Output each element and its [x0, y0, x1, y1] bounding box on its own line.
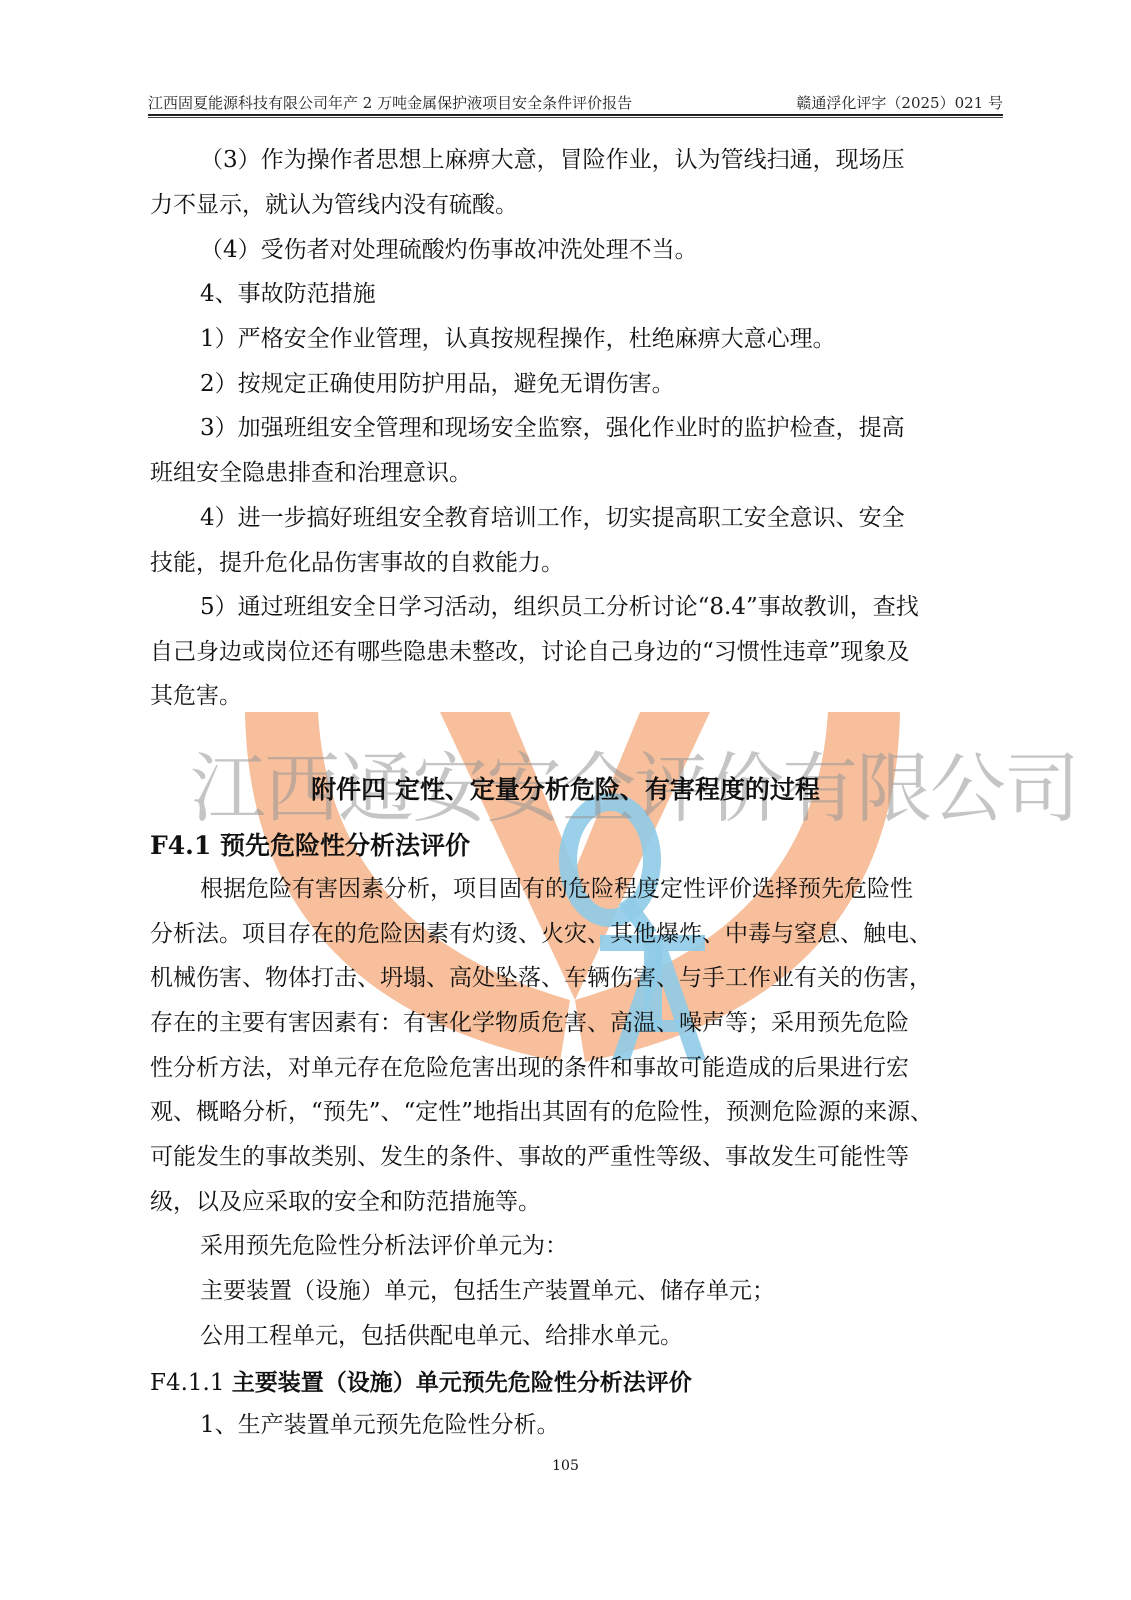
body-line: 1）严格安全作业管理，认真按规程操作，杜绝麻痹大意心理。: [200, 324, 836, 354]
section-line: 分析法。项目存在的危险因素有灼烫、火灾、其他爆炸、中毒与窒息、触电、: [150, 919, 932, 949]
body-line: 技能，提升危化品伤害事故的自救能力。: [150, 548, 564, 578]
page-header: 江西固夏能源科技有限公司年产 2 万吨金属保护液项目安全条件评价报告 赣通浮化评…: [148, 92, 1003, 116]
subsection-number: F4.1.1: [150, 1370, 224, 1396]
document-page: 江西通安安全评价有限公司 江西固夏能源科技有限公司年产 2 万吨金属保护液项目安…: [0, 0, 1131, 1600]
body-line: 5）通过班组安全日学习活动，组织员工分析讨论“8.4”事故教训，查找: [200, 592, 919, 622]
section-line: 性分析方法，对单元存在危险危害出现的条件和事故可能造成的后果进行宏: [150, 1053, 909, 1083]
body-line: 班组安全隐患排查和治理意识。: [150, 458, 472, 488]
section-line: 存在的主要有害因素有：有害化学物质危害、高温、噪声等；采用预先危险: [150, 1008, 909, 1038]
body-line: （3）作为操作者思想上麻痹大意，冒险作业，认为管线扫通，现场压: [200, 145, 905, 175]
document-number: 赣通浮化评字（2025）021 号: [796, 92, 1003, 113]
body-line: 4）进一步搞好班组安全教育培训工作，切实提高职工安全意识、安全: [200, 503, 905, 533]
body-line: 力不显示，就认为管线内没有硫酸。: [150, 190, 518, 220]
section-line: 公用工程单元，包括供配电单元、给排水单元。: [200, 1321, 683, 1351]
page-number: 105: [0, 1458, 1131, 1474]
body-line: 自己身边或岗位还有哪些隐患未整改，讨论自己身边的“习惯性违章”现象及: [150, 637, 910, 667]
body-line: 2）按规定正确使用防护用品，避免无谓伤害。: [200, 369, 675, 399]
report-title: 江西固夏能源科技有限公司年产 2 万吨金属保护液项目安全条件评价报告: [148, 92, 632, 113]
section-line: 根据危险有害因素分析，项目固有的危险程度定性评价选择预先危险性: [200, 874, 913, 904]
subsection-label: 主要装置（设施）单元预先危险性分析法评价: [232, 1370, 692, 1396]
section-line: 可能发生的事故类别、发生的条件、事故的严重性等级、事故发生可能性等: [150, 1142, 909, 1172]
body-line: 其危害。: [150, 681, 242, 711]
section-line: 观、概略分析，“预先”、“定性”地指出其固有的危险性，预测危险源的来源、: [150, 1097, 933, 1127]
body-line: 4、事故防范措施: [200, 279, 376, 309]
section-line: 主要装置（设施）单元，包括生产装置单元、储存单元；: [200, 1276, 775, 1306]
appendix-title: 附件四 定性、定量分析危险、有害程度的过程: [0, 770, 1131, 806]
subsection-title: F4.1.1 主要装置（设施）单元预先危险性分析法评价: [150, 1364, 692, 1397]
body-line: 3）加强班组安全管理和现场安全监察，强化作业时的监护检查，提高: [200, 413, 905, 443]
header-divider: [148, 117, 1003, 118]
section-line: 采用预先危险性分析法评价单元为：: [200, 1231, 568, 1261]
item-line: 1、生产装置单元预先危险性分析。: [200, 1410, 560, 1440]
section-title: F4.1 预先危险性分析法评价: [150, 826, 470, 862]
section-line: 级，以及应采取的安全和防范措施等。: [150, 1187, 541, 1217]
section-line: 机械伤害、物体打击、坍塌、高处坠落、车辆伤害、与手工作业有关的伤害，: [150, 963, 932, 993]
body-line: （4）受伤者对处理硫酸灼伤事故冲洗处理不当。: [200, 235, 698, 265]
